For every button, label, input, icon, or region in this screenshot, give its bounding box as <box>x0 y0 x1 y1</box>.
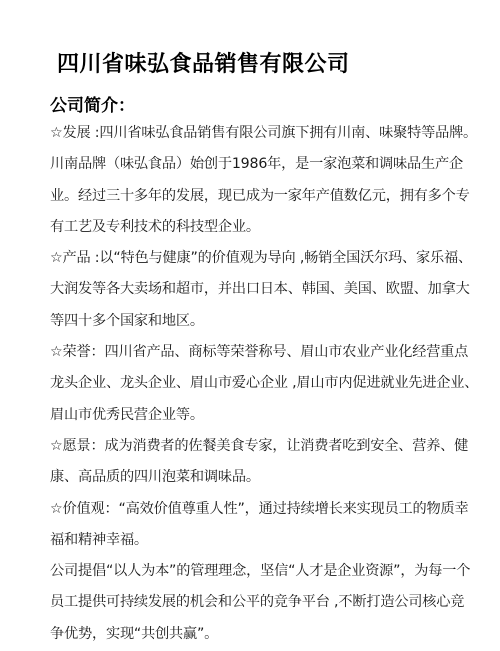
text-line-philosophy: 公司提倡“以人为本”的管理理念，坚信“人才是企业资源”，为每一个 <box>50 556 470 587</box>
company-intro-body: ☆发展 :四川省味弘食品销售有限公司旗下拥有川南、味聚特等品牌。 川南品牌（味弘… <box>50 118 470 650</box>
text-line: 争优势，实现“共创共赢”。 <box>50 619 470 650</box>
text-line-products: ☆产品 :以“特色与健康”的价值观为导向 ,畅销全国沃尔玛、家乐福、 <box>50 243 470 274</box>
text-line: 员工提供可持续发展的机会和公平的竞争平台 ,不断打造公司核心竞 <box>50 587 470 618</box>
text-line-development: ☆发展 :四川省味弘食品销售有限公司旗下拥有川南、味聚特等品牌。 <box>50 118 470 149</box>
company-title: 四川省味弘食品销售有限公司 <box>57 47 350 78</box>
text-line: 有工艺及专利技术的科技型企业。 <box>50 212 470 243</box>
text-line-vision: ☆愿景：成为消费者的佐餐美食专家，让消费者吃到安全、营养、健 <box>50 431 470 462</box>
text-line: 川南品牌（味弘食品）始创于1986年，是一家泡菜和调味品生产企 <box>50 149 470 180</box>
text-line: 龙头企业、龙头企业、眉山市爱心企业 ,眉山市内促进就业先进企业、 <box>50 368 470 399</box>
text-line: 等四十多个国家和地区。 <box>50 306 470 337</box>
text-line-honors: ☆荣誉：四川省产品、商标等荣誉称号、眉山市农业产业化经营重点 <box>50 337 470 368</box>
text-line: 康、高品质的四川泡菜和调味品。 <box>50 462 470 493</box>
text-line-values: ☆价值观：“高效价值尊重人性”，通过持续增长来实现员工的物质幸 <box>50 494 470 525</box>
text-line: 眉山市优秀民营企业等。 <box>50 400 470 431</box>
text-line: 福和精神幸福。 <box>50 525 470 556</box>
text-line: 大润发等各大卖场和超市，并出口日本、韩国、美国、欧盟、加拿大 <box>50 274 470 305</box>
document-page: 四川省味弘食品销售有限公司 公司简介： ☆发展 :四川省味弘食品销售有限公司旗下… <box>0 0 500 651</box>
section-heading: 公司简介： <box>50 91 135 116</box>
text-line: 业。经过三十多年的发展，现已成为一家年产值数亿元，拥有多个专 <box>50 181 470 212</box>
